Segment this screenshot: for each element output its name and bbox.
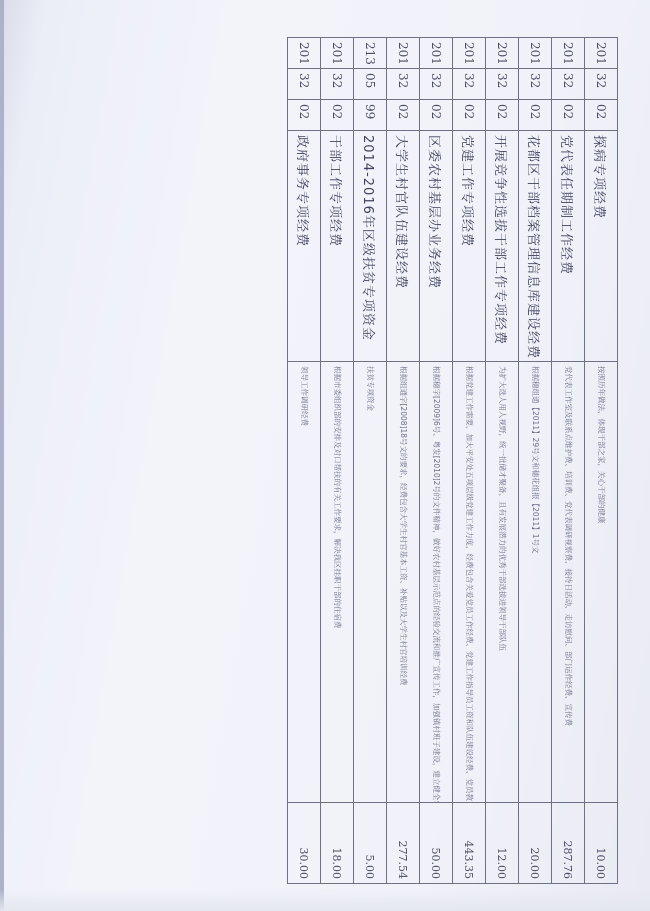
scan-edge-shadow — [0, 0, 4, 911]
project-amount: 277.54 — [387, 803, 420, 884]
function-class-code: 201 — [321, 38, 354, 69]
table-row: 213 05 99 2014-2016年区级扶贫专项资金 扶贫专项资金 5.00 — [354, 38, 387, 884]
project-amount: 30.00 — [288, 803, 321, 884]
budget-table-body: 201 32 02 探病专项经费 按照历年做法，体现干部之家，关心干部的健康 1… — [288, 38, 618, 884]
function-class-code: 201 — [288, 38, 321, 69]
project-basis-notes: 根据市委组织部的安排及对口帮扶的有关工作要求，解决我区挂职干部的住宿费 — [321, 362, 354, 803]
budget-table-rotated: 201 32 02 探病专项经费 按照历年做法，体现干部之家，关心干部的健康 1… — [298, 37, 618, 883]
function-type-code: 32 — [321, 69, 354, 100]
function-type-code: 32 — [420, 69, 453, 100]
project-amount: 443.35 — [453, 803, 486, 884]
project-name: 区委农村基层办业务经费 — [420, 131, 453, 362]
project-amount: 287.76 — [552, 803, 585, 884]
function-item-code: 02 — [585, 100, 618, 131]
function-class-code: 213 — [354, 38, 387, 69]
project-basis-notes: 按照历年做法，体现干部之家，关心干部的健康 — [585, 362, 618, 803]
function-class-code: 201 — [519, 38, 552, 69]
table-row: 201 32 02 党代表任期制工作经费 党代表工作室及联系点维护费、培训费、党… — [552, 38, 585, 884]
project-name: 政府事务专项经费 — [288, 131, 321, 362]
project-name: 党建工作专项经费 — [453, 131, 486, 362]
function-class-code: 201 — [486, 38, 519, 69]
table-row: 201 32 02 开展竞争性选拔干部工作专项经费 为扩大选人用人视野，统一批储… — [486, 38, 519, 884]
function-class-code: 201 — [552, 38, 585, 69]
function-type-code: 32 — [288, 69, 321, 100]
table-row: 201 32 02 区委农村基层办业务经费 根据穗字[2009]6号、粤发[20… — [420, 38, 453, 884]
function-item-code: 99 — [354, 100, 387, 131]
project-name: 开展竞争性选拔干部工作专项经费 — [486, 131, 519, 362]
project-amount: 12.00 — [486, 803, 519, 884]
function-item-code: 02 — [486, 100, 519, 131]
project-amount: 18.00 — [321, 803, 354, 884]
project-name: 干部工作专项经费 — [321, 131, 354, 362]
budget-table: 201 32 02 探病专项经费 按照历年做法，体现干部之家，关心干部的健康 1… — [287, 37, 618, 884]
function-item-code: 02 — [321, 100, 354, 131]
project-name: 花都区干部档案管理信息库建设经费 — [519, 131, 552, 362]
function-class-code: 201 — [453, 38, 486, 69]
project-basis-notes: 扶贫专项资金 — [354, 362, 387, 803]
function-item-code: 02 — [288, 100, 321, 131]
project-name: 探病专项经费 — [585, 131, 618, 362]
function-item-code: 02 — [387, 100, 420, 131]
function-type-code: 32 — [387, 69, 420, 100]
function-item-code: 02 — [420, 100, 453, 131]
project-name: 党代表任期制工作经费 — [552, 131, 585, 362]
function-type-code: 32 — [453, 69, 486, 100]
project-basis-notes: 根据穗组通【2011】29号文和穗花组报【2011】1号文 — [519, 362, 552, 803]
function-type-code: 32 — [486, 69, 519, 100]
project-amount: 5.00 — [354, 803, 387, 884]
table-row: 201 32 02 探病专项经费 按照历年做法，体现干部之家，关心干部的健康 1… — [585, 38, 618, 884]
function-class-code: 201 — [420, 38, 453, 69]
table-row: 201 32 02 大学生村官队伍建设经费 根据组通字[2008]18号文的要求… — [387, 38, 420, 884]
table-row: 201 32 02 干部工作专项经费 根据市委组织部的安排及对口帮扶的有关工作要… — [321, 38, 354, 884]
project-basis-notes: 根据党建工作需要，加大平安处五项层级党建工作力度，经费包含关爱党员工作经费、党建… — [453, 362, 486, 803]
project-basis-notes: 领导工作调研经费 — [288, 362, 321, 803]
function-class-code: 201 — [387, 38, 420, 69]
project-amount: 10.00 — [585, 803, 618, 884]
project-name: 2014-2016年区级扶贫专项资金 — [354, 131, 387, 362]
table-row: 201 32 02 党建工作专项经费 根据党建工作需要，加大平安处五项层级党建工… — [453, 38, 486, 884]
table-row: 201 32 02 政府事务专项经费 领导工作调研经费 30.00 — [288, 38, 321, 884]
function-item-code: 02 — [453, 100, 486, 131]
function-type-code: 32 — [519, 69, 552, 100]
project-amount: 20.00 — [519, 803, 552, 884]
scan-bottom-shadow — [0, 889, 650, 911]
project-basis-notes: 根据组通字[2008]18号文的要求，经费包含大学生村官基本工资、补贴以及大学生… — [387, 362, 420, 803]
function-item-code: 02 — [552, 100, 585, 131]
function-type-code: 05 — [354, 69, 387, 100]
project-basis-notes: 党代表工作室及联系点维护费、培训费、党代表调研视察费、接待日活动、走访慰问、部门… — [552, 362, 585, 803]
function-item-code: 02 — [519, 100, 552, 131]
function-class-code: 201 — [585, 38, 618, 69]
project-amount: 50.00 — [420, 803, 453, 884]
function-type-code: 32 — [585, 69, 618, 100]
project-basis-notes: 根据穗字[2009]6号、粤发[2010]2号的文件精神，做好农村基层示范点的经… — [420, 362, 453, 803]
table-row: 201 32 02 花都区干部档案管理信息库建设经费 根据穗组通【2011】29… — [519, 38, 552, 884]
project-basis-notes: 为扩大选人用人视野，统一批储才聚备，且有发展潜力的优秀干部选拔进领导干部队伍 — [486, 362, 519, 803]
project-name: 大学生村官队伍建设经费 — [387, 131, 420, 362]
function-type-code: 32 — [552, 69, 585, 100]
